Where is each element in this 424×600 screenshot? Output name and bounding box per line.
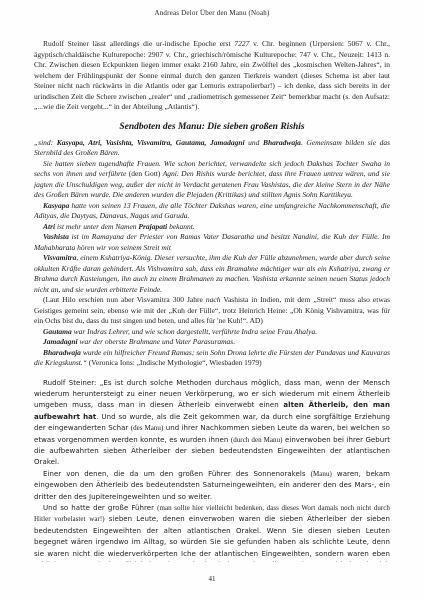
paragraph: Bharadwaja wurde ein hilfreicher Freund … [34,348,390,369]
text-run: Vashista [43,232,69,241]
text-run: (Manu) [311,470,332,478]
text-run: (den Gott) [129,169,161,178]
paragraph: Vashista ist im Ramayana der Priester vo… [34,232,390,253]
text-run: „sind: [34,138,57,147]
text-run: , einem Kshatriya-König. Dieser versucht… [34,253,390,294]
text-run: (Laut Hilo erschien nun aber Visvamitra … [43,295,206,304]
text-run: nach [206,295,221,304]
paragraph: Sie hatten sieben tugendhafte Frauen. Wi… [34,159,390,201]
text-run: war der oberste Brahmane und Vater Paras… [78,337,236,346]
text-run: Bharadwaja [43,348,81,357]
text-run: Bharadwaja [263,138,301,147]
text-run: Kasyapa, Atri, Vasishta, Visvamitra, Gau… [57,138,245,147]
steiner-quote-section: Rudolf Steiner: „Es ist durch solche Met… [34,378,390,563]
text-run: ist mehr unter dem Namen [55,222,138,231]
paragraph: Rudolf Steiner lässt allerdings die ur-i… [34,39,390,113]
paragraph: Gautama war Indras Lehrer, und wie schon… [34,327,390,338]
text-run: (Veronica Ions: „Indische Mythologie“, W… [89,358,262,367]
paragraph: (Laut Hilo erschien nun aber Visvamitra … [34,295,390,327]
page-number: 41 [0,575,424,583]
intro-section: Rudolf Steiner lässt allerdings die ur-i… [34,39,390,113]
text-run: Und so hatte der große Führer [43,504,157,512]
paragraph: Einer von denen, die da um den großen Fü… [34,469,390,503]
text-run: (durch den Manu) [231,436,283,444]
document-page: Andreas Delor Über den Manu (Noah) Rudol… [0,0,424,600]
text-run: Rudolf Steiner lässt allerdings die ur-i… [43,39,234,48]
paragraph: Kasyapa hatte von seinen 13 Frauen, die … [34,201,390,222]
paragraph: Visvamitra, einem Kshatriya-König. Diese… [34,253,390,295]
text-run: Prajapati [138,222,167,231]
text-run: war Indras Lehrer, und wie schon dargest… [72,327,317,336]
rishi-section: „sind: Kasyapa, Atri, Vasishta, Visvamit… [34,138,390,369]
text-run: Einer von denen, die da um den großen Fü… [43,470,311,478]
text-run: 7227 [234,39,249,48]
paragraph: Rudolf Steiner: „Es ist durch solche Met… [34,378,390,469]
text-run: Visvamitra [43,253,76,262]
paragraph: Atri ist mehr unter dem Namen Prajapati … [34,222,390,233]
page-content: Rudolf Steiner lässt allerdings die ur-i… [34,30,390,562]
paragraph: „sind: Kasyapa, Atri, Vasishta, Visvamit… [34,138,390,159]
text-run: Atri [43,222,55,231]
text-run: bekannt. [167,222,195,231]
paragraph: Jamadagni war der oberste Brahmane und V… [34,337,390,348]
text-run: Gautama [43,327,72,336]
running-header: Andreas Delor Über den Manu (Noah) [0,9,424,17]
text-run: hatte von seinen 13 Frauen, die alle Töc… [34,201,390,221]
text-run: v. Chr. beginnen (Urpersien: 5067 v. Chr… [34,39,390,111]
section-heading: Sendboten des Manu: Die sieben großen Ri… [34,122,390,132]
paragraph: Und so hatte der große Führer (man sollt… [34,503,390,562]
text-run: Kasyapa [43,201,69,210]
text-run: (des Manu) [131,424,164,432]
text-run: ist im Ramayana der Priester von Ramas V… [34,232,390,252]
text-run: Jamadagni [43,337,78,346]
text-run: und [245,138,263,147]
